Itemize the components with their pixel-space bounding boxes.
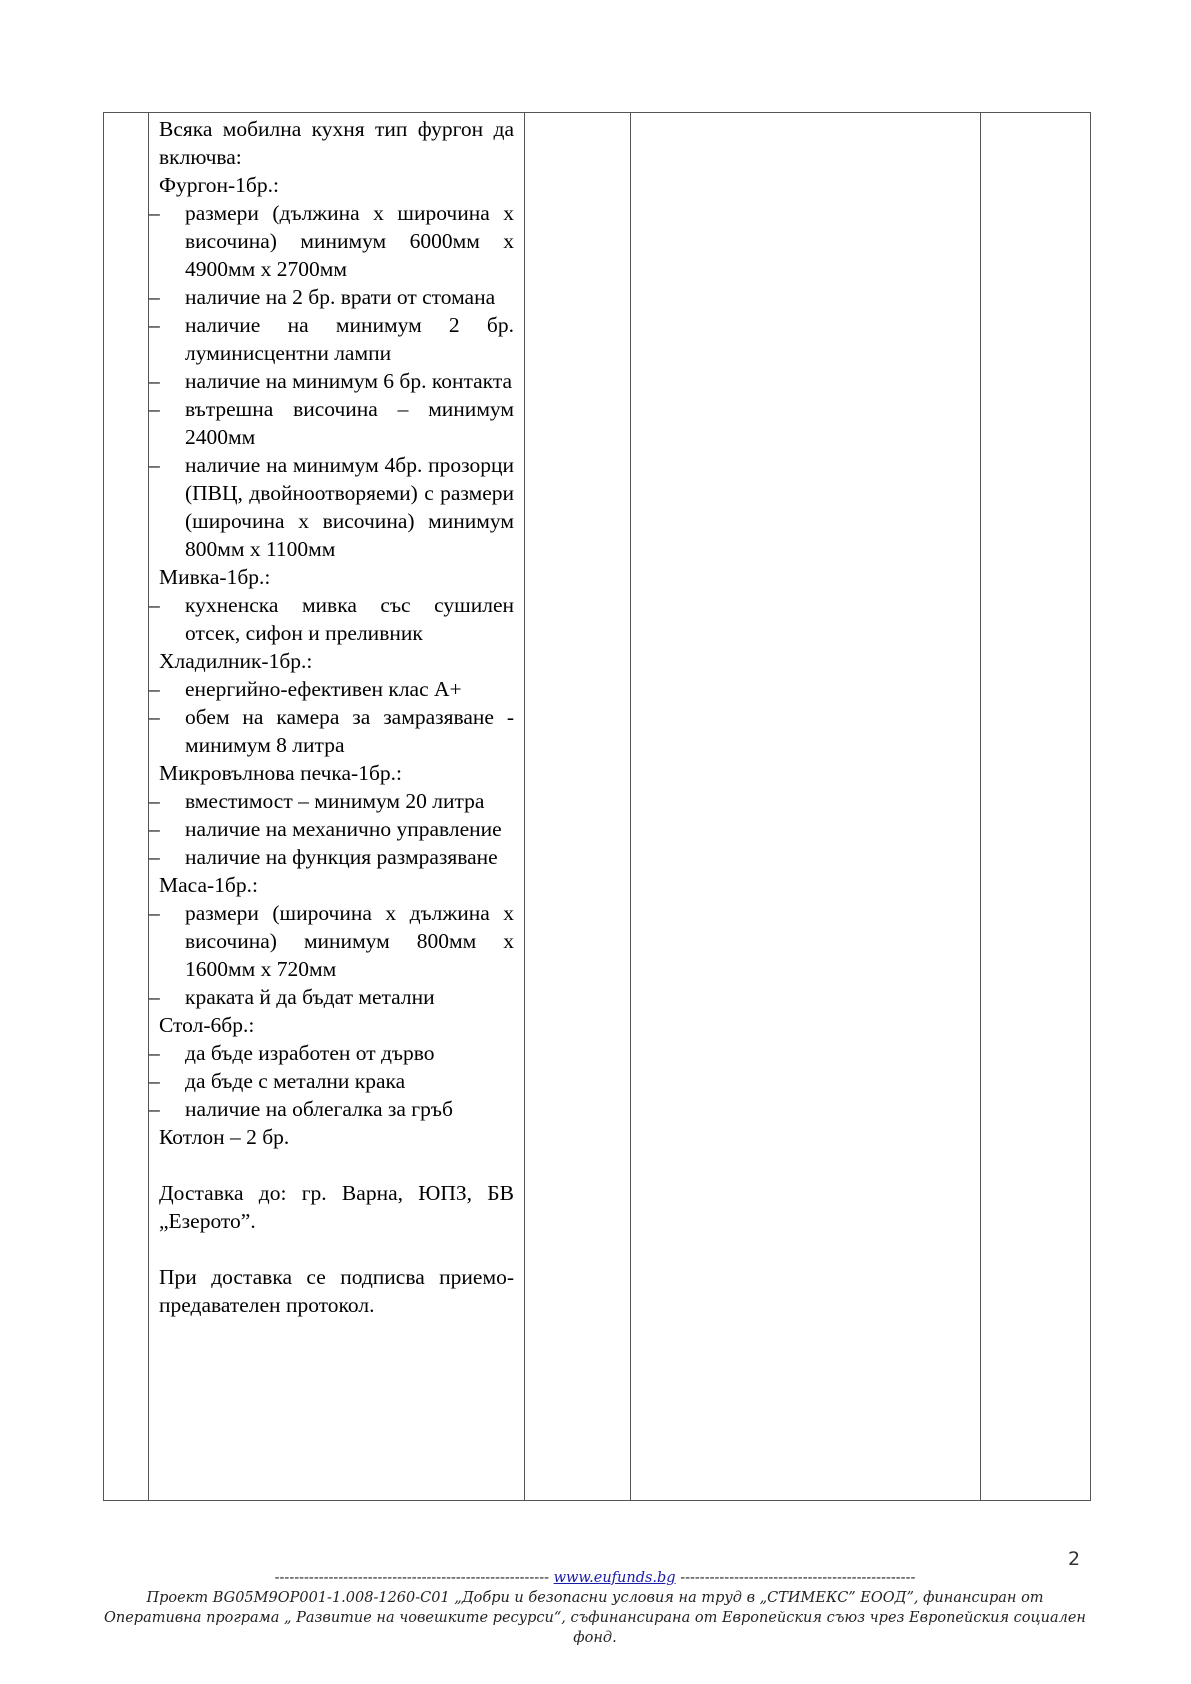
footer-dashes-right: ----------------------------------------… (680, 1570, 915, 1586)
item-description: Всяка мобилна кухня тип фургон да включв… (149, 113, 524, 1319)
footer-program-line: Оперативна програма „ Развитие на човешк… (100, 1608, 1090, 1628)
requirement-text: наличие на минимум 2 бр. луминисцентни л… (185, 313, 514, 365)
component-groups: Фургон-1бр.:–размери (дължина х широчина… (159, 171, 514, 1151)
requirement-text: наличие на облегалка за гръб (185, 1097, 453, 1121)
dash-bullet-icon: – (149, 703, 160, 731)
dash-bullet-icon: – (149, 199, 160, 227)
requirement-item: –размери (широчина х дължина х височина)… (159, 899, 514, 983)
requirement-item: –наличие на облегалка за гръб (159, 1095, 514, 1123)
column-c-cell (981, 113, 1091, 1501)
dash-bullet-icon: – (149, 367, 160, 395)
footer-project-line: Проект BG05M9OP001-1.008-1260-C01 „Добри… (100, 1588, 1090, 1608)
page-number: 2 (1068, 1548, 1080, 1570)
protocol-text: При доставка се подписва приемо-предават… (159, 1263, 514, 1319)
requirement-text: размери (широчина х дължина х височина) … (185, 901, 514, 981)
requirement-text: наличие на функция размразяване (185, 845, 498, 869)
requirement-text: наличие на минимум 4бр. прозорци (ПВЦ, д… (185, 453, 514, 561)
footer-dashes-left: ----------------------------------------… (275, 1570, 549, 1586)
dash-bullet-icon: – (149, 815, 160, 843)
dash-bullet-icon: – (149, 283, 160, 311)
requirement-item: –наличие на функция размразяване (159, 843, 514, 871)
requirement-item: –наличие на 2 бр. врати от стомана (159, 283, 514, 311)
requirement-item: –да бъде изработен от дърво (159, 1039, 514, 1067)
component-heading: Мивка-1бр.: (159, 563, 514, 591)
column-b-cell (631, 113, 981, 1501)
component-heading: Стол-6бр.: (159, 1011, 514, 1039)
requirement-text: наличие на механично управление (185, 817, 502, 841)
requirement-text: вътрешна височина – минимум 2400мм (185, 397, 514, 449)
spacer (159, 1151, 514, 1179)
requirement-item: –кухненска мивка със сушилен отсек, сифо… (159, 591, 514, 647)
requirement-text: краката й да бъдат метални (185, 985, 435, 1009)
requirement-text: размери (дължина х широчина х височина) … (185, 201, 514, 281)
requirement-text: енергийно-ефективен клас А+ (185, 677, 462, 701)
footer-link-line: ----------------------------------------… (100, 1568, 1090, 1588)
eufunds-link[interactable]: www.eufunds.bg (554, 1570, 676, 1586)
dash-bullet-icon: – (149, 899, 160, 927)
requirement-text: наличие на 2 бр. врати от стомана (185, 285, 495, 309)
dash-bullet-icon: – (149, 1067, 160, 1095)
dash-bullet-icon: – (149, 843, 160, 871)
column-a-cell (525, 113, 631, 1501)
component-heading: Хладилник-1бр.: (159, 647, 514, 675)
requirement-text: кухненска мивка със сушилен отсек, сифон… (185, 593, 514, 645)
requirement-item: –обем на камера за замразяване - минимум… (159, 703, 514, 759)
dash-bullet-icon: – (149, 591, 160, 619)
dash-bullet-icon: – (149, 1039, 160, 1067)
specification-table: Всяка мобилна кухня тип фургон да включв… (103, 112, 1091, 1501)
requirement-text: да бъде изработен от дърво (185, 1041, 435, 1065)
requirement-text: да бъде с метални крака (185, 1069, 405, 1093)
component-heading: Котлон – 2 бр. (159, 1123, 514, 1151)
requirement-text: вместимост – минимум 20 литра (185, 789, 484, 813)
requirement-item: –да бъде с метални крака (159, 1067, 514, 1095)
intro-text: Всяка мобилна кухня тип фургон да включв… (159, 115, 514, 171)
footer-fund-line: фонд. (100, 1628, 1090, 1648)
component-heading: Маса-1бр.: (159, 871, 514, 899)
dash-bullet-icon: – (149, 787, 160, 815)
row-number-cell (104, 113, 149, 1501)
requirement-item: –размери (дължина х широчина х височина)… (159, 199, 514, 283)
component-heading: Фургон-1бр.: (159, 171, 514, 199)
dash-bullet-icon: – (149, 983, 160, 1011)
requirement-text: наличие на минимум 6 бр. контакта (185, 369, 512, 393)
requirement-item: –енергийно-ефективен клас А+ (159, 675, 514, 703)
requirement-item: –наличие на минимум 4бр. прозорци (ПВЦ, … (159, 451, 514, 563)
requirement-item: –наличие на механично управление (159, 815, 514, 843)
dash-bullet-icon: – (149, 1095, 160, 1123)
dash-bullet-icon: – (149, 395, 160, 423)
requirement-item: –наличие на минимум 2 бр. луминисцентни … (159, 311, 514, 367)
dash-bullet-icon: – (149, 451, 160, 479)
description-cell: Всяка мобилна кухня тип фургон да включв… (149, 113, 525, 1501)
requirement-item: –краката й да бъдат метални (159, 983, 514, 1011)
dash-bullet-icon: – (149, 311, 160, 339)
requirement-item: –вътрешна височина – минимум 2400мм (159, 395, 514, 451)
requirement-item: –вместимост – минимум 20 литра (159, 787, 514, 815)
dash-bullet-icon: – (149, 675, 160, 703)
component-heading: Микровълнова печка-1бр.: (159, 759, 514, 787)
requirement-text: обем на камера за замразяване - минимум … (185, 705, 514, 757)
table-row: Всяка мобилна кухня тип фургон да включв… (104, 113, 1091, 1501)
spacer (159, 1235, 514, 1263)
delivery-text: Доставка до: гр. Варна, ЮПЗ, БВ „Езерото… (159, 1179, 514, 1235)
page-footer: ----------------------------------------… (100, 1568, 1090, 1648)
requirement-item: –наличие на минимум 6 бр. контакта (159, 367, 514, 395)
